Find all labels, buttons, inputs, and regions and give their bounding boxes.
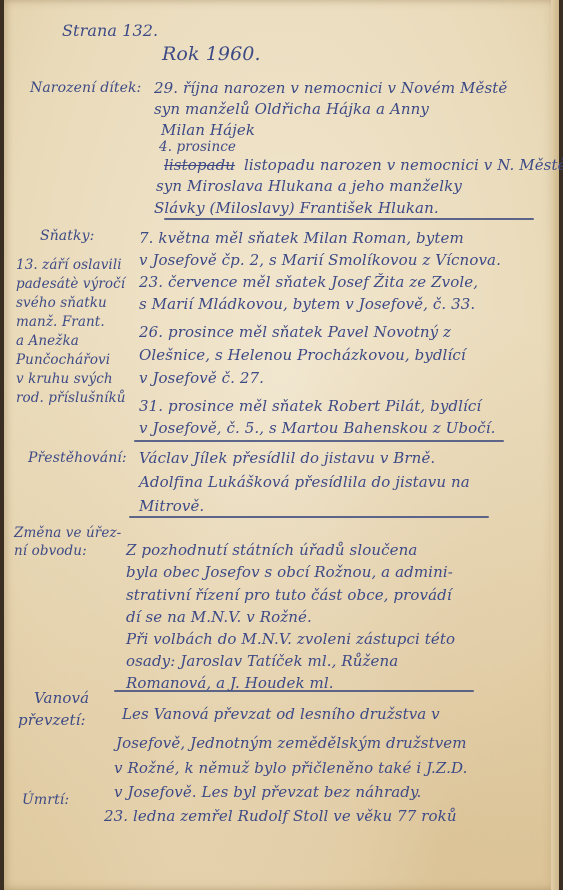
weddings-line-4: s Marií Mládkovou, bytem v Josefově, č. …: [139, 294, 475, 315]
margin-note-line-7: v kruhu svých: [16, 370, 113, 389]
births-line-1: 29. října narozen v nemocnici v Novém Mě…: [154, 78, 507, 99]
admin-label-line-2: ní obvodu:: [14, 542, 87, 561]
forest-line-4: v Josefově. Les byl převzat bez náhrady.: [114, 782, 421, 803]
relocations-line-2: Adolfina Lukášková přesídlila do jistavu…: [139, 472, 470, 493]
weddings-line-6: Olešnice, s Helenou Procházkovou, bydlíc…: [139, 345, 466, 366]
forest-label-line-1: Vanová: [34, 688, 89, 709]
weddings-label: Sňatky:: [40, 226, 94, 247]
section-divider: [164, 218, 534, 220]
births-line-2: syn manželů Oldřicha Hájka a Anny: [154, 99, 429, 120]
chronicle-page: Strana 132. Rok 1960. Narození dítek: 29…: [4, 0, 559, 890]
weddings-line-8: 31. prosince měl sňatek Robert Pilát, by…: [139, 396, 481, 417]
relocations-line-1: Václav Jílek přesídlil do jistavu v Brně…: [139, 448, 435, 469]
forest-line-2: Josefově, Jednotným zemědělským družstve…: [116, 733, 467, 754]
section-divider: [134, 440, 504, 442]
section-divider: [114, 690, 474, 692]
deaths-label: Úmrtí:: [22, 790, 69, 811]
relocations-label: Přestěhování:: [28, 448, 127, 469]
margin-note-line-2: padesátè výročí: [16, 275, 125, 294]
births-line-6: syn Miroslava Hlukana a jeho manželky: [156, 176, 462, 197]
page-edge: [551, 0, 559, 890]
weddings-line-5: 26. prosince měl sňatek Pavel Novotný z: [139, 322, 451, 343]
births-line-5: listopadu narozen v nemocnici v N. Městě: [244, 155, 563, 176]
margin-note-line-3: svého sňatku: [16, 294, 107, 313]
admin-line-5: Při volbách do M.N.V. zvoleni zástupci t…: [126, 629, 455, 650]
weddings-line-3: 23. července měl sňatek Josef Žita ze Zv…: [139, 272, 478, 293]
weddings-line-9: v Josefově, č. 5., s Martou Bahenskou z …: [139, 418, 495, 439]
weddings-line-7: v Josefově č. 27.: [139, 368, 264, 389]
margin-note-line-5: a Anežka: [16, 332, 79, 351]
admin-line-3: strativní řízení pro tuto část obce, pro…: [126, 585, 452, 606]
margin-note-line-4: manž. Frant.: [16, 313, 105, 332]
admin-line-2: byla obec Josefov s obcí Rožnou, a admin…: [126, 562, 453, 583]
section-divider: [129, 516, 489, 518]
year-title: Rok 1960.: [162, 44, 261, 65]
admin-label-line-1: Změna ve úřez-: [14, 524, 121, 543]
births-line-7: Slávky (Miloslavy) František Hlukan.: [154, 198, 439, 219]
deaths-line-1: 23. ledna zemřel Rudolf Stoll ve věku 77…: [104, 806, 457, 827]
margin-note-line-6: Punčochářovi: [16, 351, 110, 370]
forest-line-3: v Rožné, k němuž bylo přičleněno také i …: [114, 758, 467, 779]
admin-line-4: dí se na M.N.V. v Rožné.: [126, 607, 312, 628]
admin-line-1: Z pozhodnutí státních úřadů sloučena: [126, 540, 417, 561]
births-label: Narození dítek:: [30, 78, 141, 99]
relocations-line-3: Mitrově.: [139, 496, 204, 517]
forest-line-1: Les Vanová převzat od lesního družstva v: [122, 704, 440, 725]
margin-note-line-1: 13. září oslavili: [16, 256, 122, 275]
weddings-line-1: 7. května měl sňatek Milan Roman, bytem: [139, 228, 464, 249]
margin-note-line-8: rod. příslušníků: [16, 389, 126, 408]
births-struck-word: listopadu: [164, 156, 235, 174]
forest-label-line-2: převzetí:: [18, 710, 86, 731]
page-number-header: Strana 132.: [62, 20, 158, 41]
weddings-line-2: v Josefově čp. 2, s Marií Smolíkovou z V…: [139, 250, 501, 271]
admin-line-6: osady: Jaroslav Tatíček ml., Růžena: [126, 651, 398, 672]
